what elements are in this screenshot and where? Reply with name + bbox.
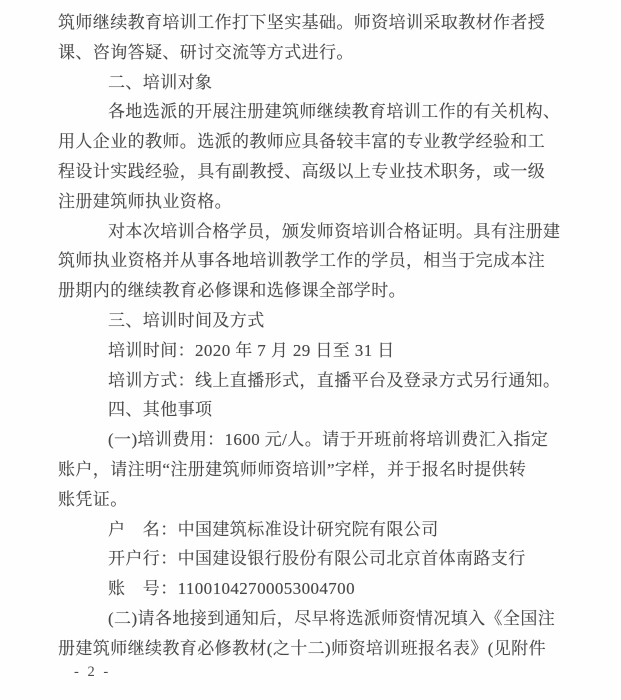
text-line: 筑师继续教育培训工作打下坚实基础。师资培训采取教材作者授 [58,8,558,38]
document-body: 筑师继续教育培训工作打下坚实基础。师资培训采取教材作者授 课、咨询答疑、研讨交流… [58,8,558,664]
text-line: 筑师执业资格并从事各地培训教学工作的学员，相当于完成本注 [58,246,558,276]
text-line: 课、咨询答疑、研讨交流等方式进行。 [58,38,558,68]
text-line: 账户，请注明“注册建筑师师资培训”字样，并于报名时提供转 [58,455,558,485]
text-line: 培训方式：线上直播形式，直播平台及登录方式另行通知。 [58,366,558,396]
text-line: (二)请各地接到通知后，尽早将选派师资情况填入《全国注 [58,604,558,634]
bank-name-line: 开户行：中国建设银行股份有限公司北京首体南路支行 [58,544,558,574]
text-line: 用人企业的教师。选派的教师应具备较丰富的专业教学经验和工 [58,127,558,157]
text-line: 账凭证。 [58,485,558,515]
account-name-line: 户 名：中国建筑标准设计研究院有限公司 [58,515,558,545]
text-line: 程设计实践经验，具有副教授、高级以上专业技术职务，或一级 [58,157,558,187]
section-heading: 四、其他事项 [58,395,558,425]
section-heading: 三、培训时间及方式 [58,306,558,336]
document-page: 筑师继续教育培训工作打下坚实基础。师资培训采取教材作者授 课、咨询答疑、研讨交流… [0,0,621,700]
text-line: 各地选派的开展注册建筑师继续教育培训工作的有关机构、 [58,97,558,127]
text-line: 对本次培训合格学员，颁发师资培训合格证明。具有注册建 [58,217,558,247]
text-line: 注册建筑师执业资格。 [58,187,558,217]
text-line: 培训时间：2020 年 7 月 29 日至 31 日 [58,336,558,366]
account-number-line: 账 号：11001042700053004700 [58,574,558,604]
text-line: 册期内的继续教育必修课和选修课全部学时。 [58,276,558,306]
text-line: (一)培训费用：1600 元/人。请于开班前将培训费汇入指定 [58,425,558,455]
section-heading: 二、培训对象 [58,68,558,98]
page-number: - 2 - [74,664,111,681]
text-line: 册建筑师继续教育必修教材(之十二)师资培训班报名表》(见附件 [58,634,558,664]
